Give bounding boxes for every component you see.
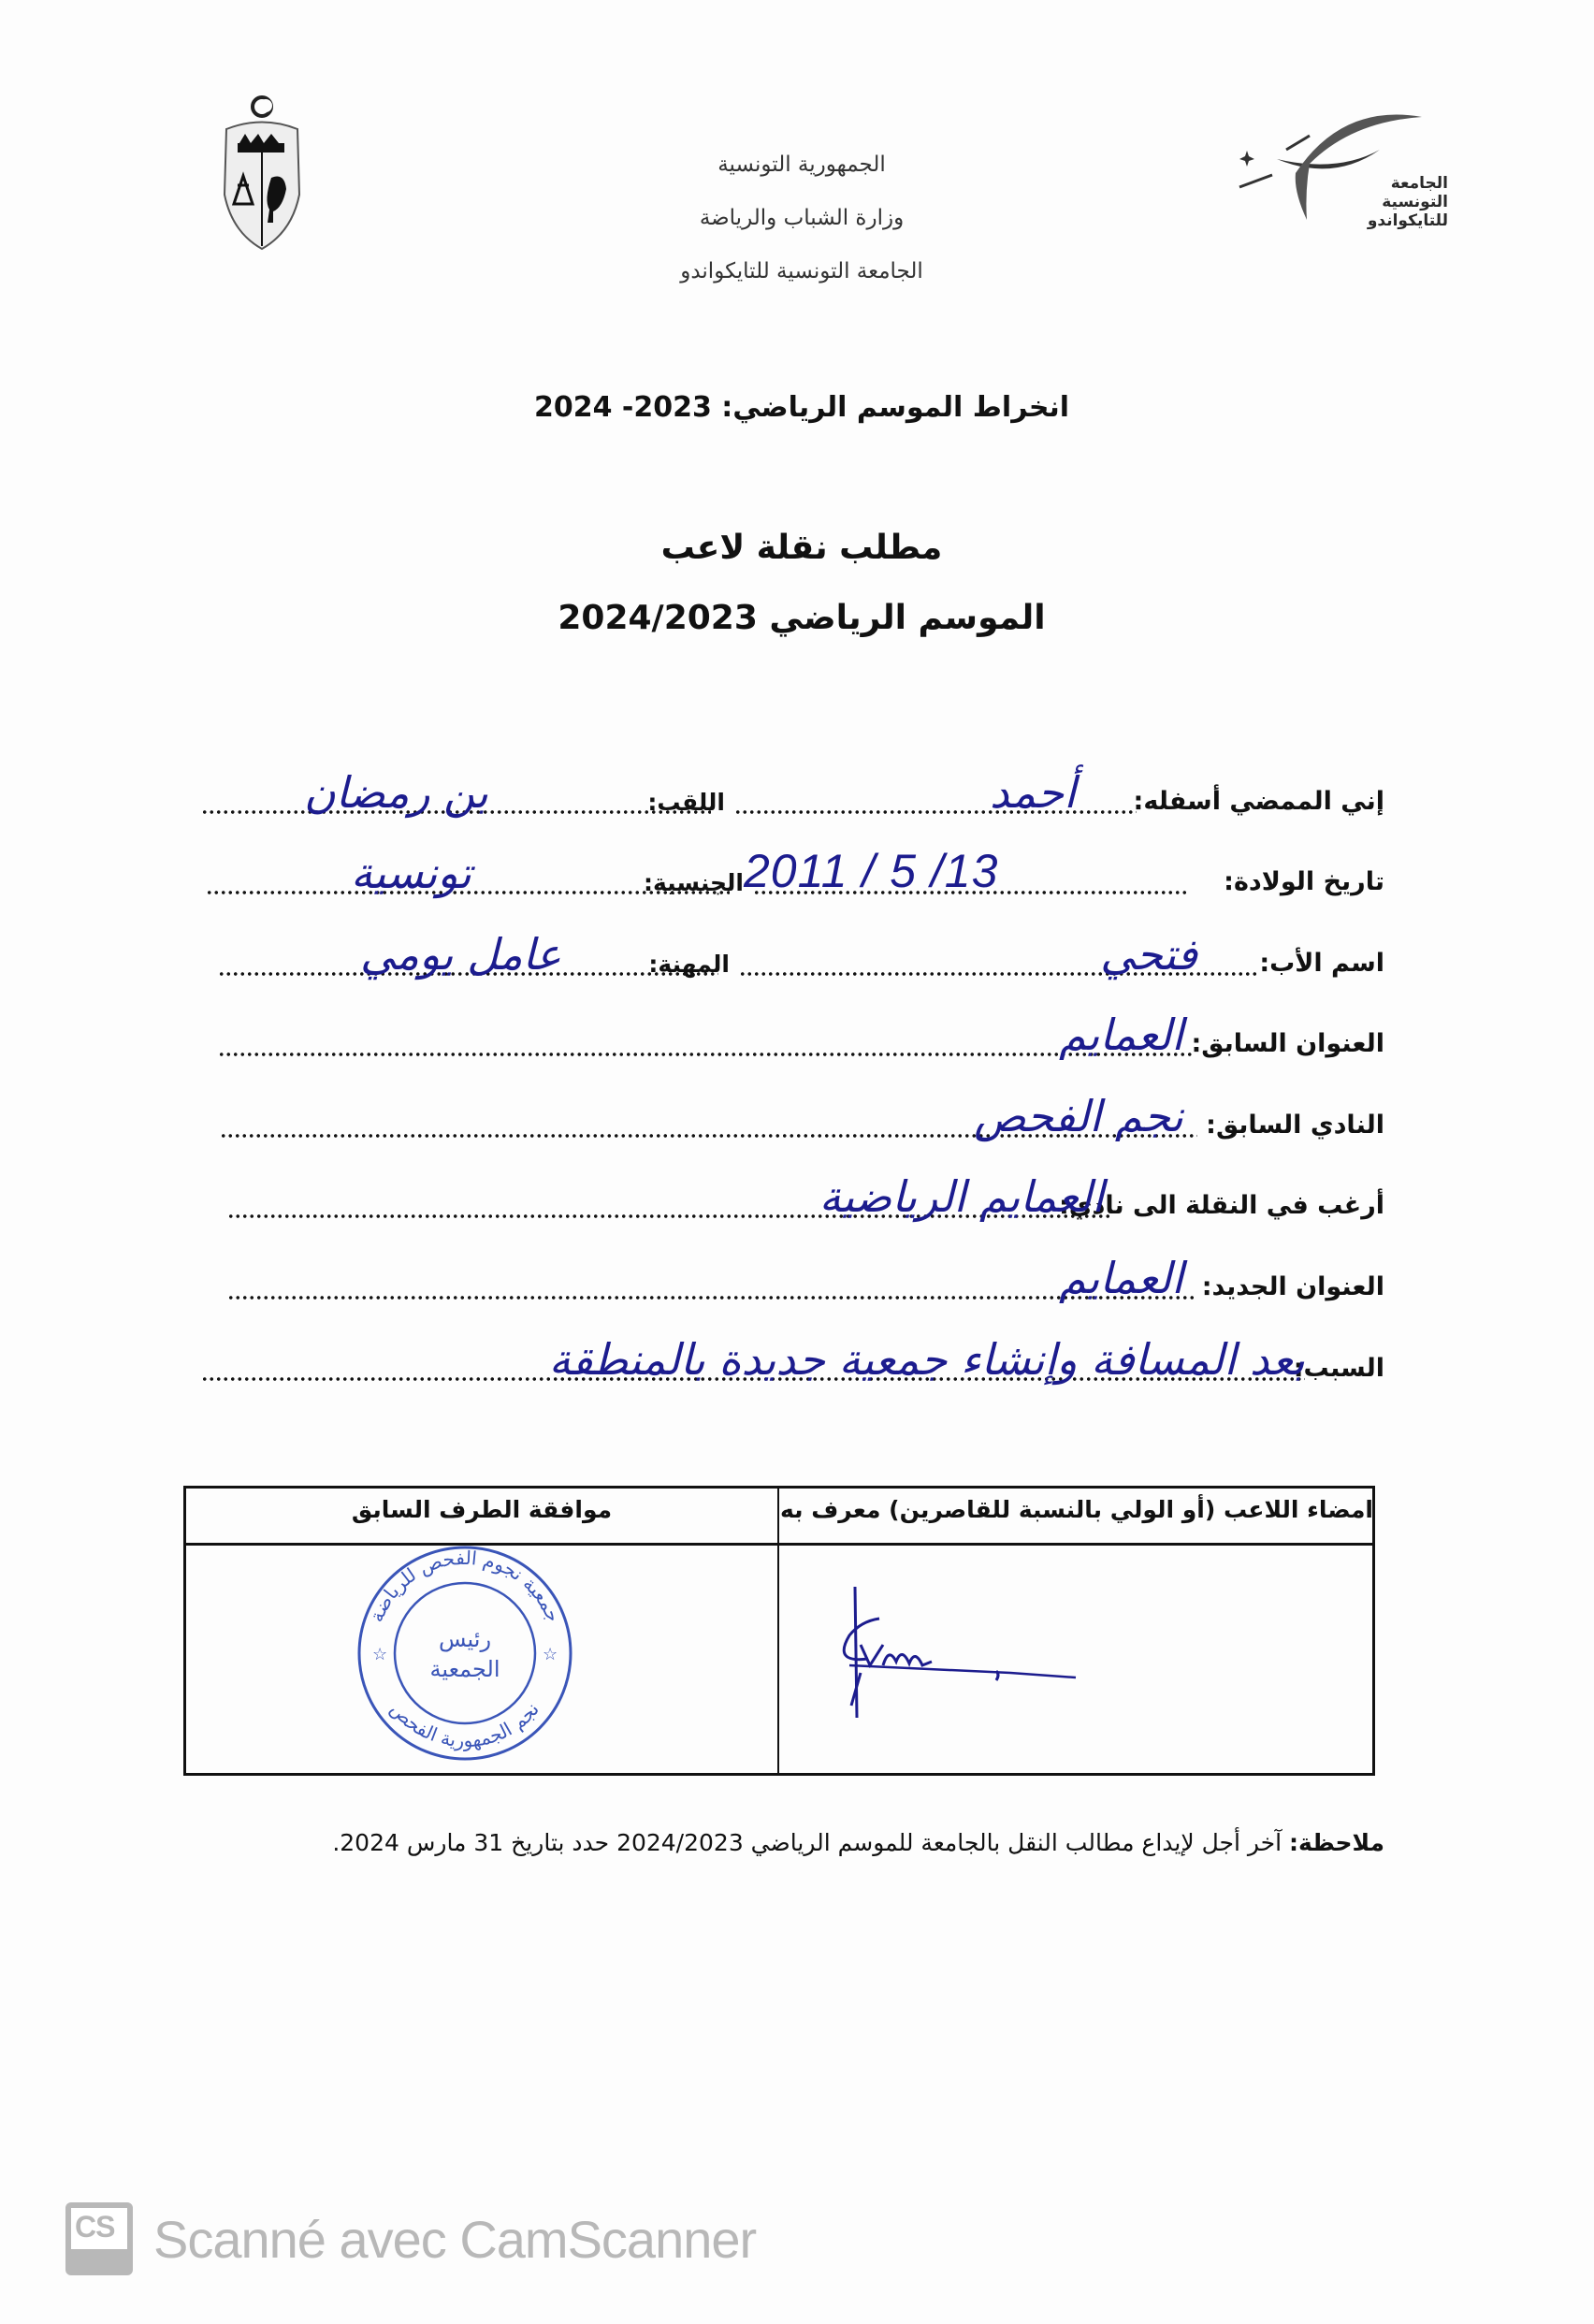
form-row-target-club: أرغب في النقلة الى نادي: العمايم الرياضي… [192,1169,1384,1226]
ministry-line: وزارة الشباب والرياضة [615,192,989,245]
previous-club-label: النادي السابق: [1206,1111,1384,1140]
stamp-star-icon: ☆ [372,1645,387,1664]
first-name-field[interactable]: أحمد [990,767,1076,818]
new-address-label: العنوان الجديد: [1202,1272,1384,1301]
tunisia-coat-of-arms-icon [217,92,307,253]
form-row-new-address: العنوان الجديد: العمايم [192,1251,1384,1307]
page-subtitle: الموسم الرياضي 2024/2023 [427,599,1176,637]
previous-address-label: العنوان السابق: [1191,1029,1384,1058]
season-registration-heading: انخراط الموسم الرياضي: 2023- 2024 [427,391,1176,424]
form-row-previous-club: النادي السابق: نجم الفحص [192,1089,1384,1145]
surname-field[interactable]: بن رمضان [304,767,488,818]
table-column-divider [777,1489,779,1773]
birth-date-field[interactable]: 2011 / 5 /13 [744,844,998,898]
form-row-reason: السبب: بعد المسافة وإنشاء جمعية جديدة با… [192,1332,1384,1388]
player-signature-header: امضاء اللاعب (أو الولي بالنسبة للقاصرين)… [779,1496,1374,1523]
federation-logo-line: للتايكواندو [1347,211,1448,230]
federation-logo-line: الجامعة [1347,174,1448,193]
reason-field[interactable]: بعد المسافة وإنشاء جمعية جديدة بالمنطقة [549,1334,1305,1385]
form-row-birth: تاريخ الولادة: 2011 / 5 /13 الجنسية: تون… [192,846,1384,902]
stamp-star-icon: ☆ [543,1645,558,1664]
previous-club-field[interactable]: نجم الفحص [974,1091,1183,1141]
form-row-name: إني الممضي أسفله: أحمد اللقب: بن رمضان [192,765,1384,821]
page-title: مطلب نقلة لاعب [427,529,1176,567]
stamp-ring-top-text: جمعية نجوم الفحص للرياضة [365,1547,565,1625]
form-row-father: اسم الأب: فتحي المهنة: عامل يومي [192,927,1384,983]
profession-field[interactable]: عامل يومي [360,929,561,980]
club-stamp: جمعية نجوم الفحص للرياضة نجم الجمهورية ا… [348,1536,582,1770]
note-text: آخر أجل لإيداع مطالب النقل بالجامعة للمو… [332,1829,1289,1856]
camscanner-logo-text: CS [75,2210,114,2244]
father-name-field[interactable]: فتحي [1100,929,1197,980]
previous-address-dotted-line [218,1053,1193,1056]
previous-address-field[interactable]: العمايم [1059,1009,1183,1060]
camscanner-text: Scanné avec CamScanner [153,2209,756,2270]
previous-party-approval-header: موافقة الطرف السابق [186,1496,777,1523]
federation-logo-text: الجامعة التونسية للتايكواندو [1347,174,1448,230]
republic-line: الجمهورية التونسية [615,138,989,192]
stamp-center-line2: الجمعية [429,1656,500,1682]
camscanner-logo-icon: CS [65,2202,133,2275]
government-header: الجمهورية التونسية وزارة الشباب والرياضة… [615,138,989,298]
father-name-label: اسم الأب: [1259,949,1384,978]
new-address-dotted-line [227,1296,1197,1300]
stamp-center-line1: رئيس [439,1626,491,1652]
deadline-note: ملاحظة: آخر أجل لإيداع مطالب النقل بالجا… [355,1829,1384,1856]
svg-text:جمعية نجوم الفحص للرياضة: جمعية نجوم الفحص للرياضة [365,1547,565,1625]
reason-label: السبب: [1294,1354,1384,1383]
signatory-label: إني الممضي أسفله: [1134,787,1384,816]
new-address-field[interactable]: العمايم [1059,1253,1183,1303]
camscanner-watermark: CS Scanné avec CamScanner [65,2192,756,2286]
birth-date-label: تاريخ الولادة: [1224,867,1384,896]
note-label: ملاحظة: [1289,1829,1384,1856]
federation-logo-line: التونسية [1347,193,1448,211]
camscanner-logo-bar [71,2249,127,2270]
nationality-field[interactable]: تونسية [351,848,471,898]
player-signature [842,1579,1085,1720]
target-club-field[interactable]: العمايم الرياضية [819,1171,1104,1222]
federation-line: الجامعة التونسية للتايكواندو [615,245,989,298]
form-row-previous-address: العنوان السابق: العمايم [192,1008,1384,1064]
name-dotted-line [734,810,1137,814]
